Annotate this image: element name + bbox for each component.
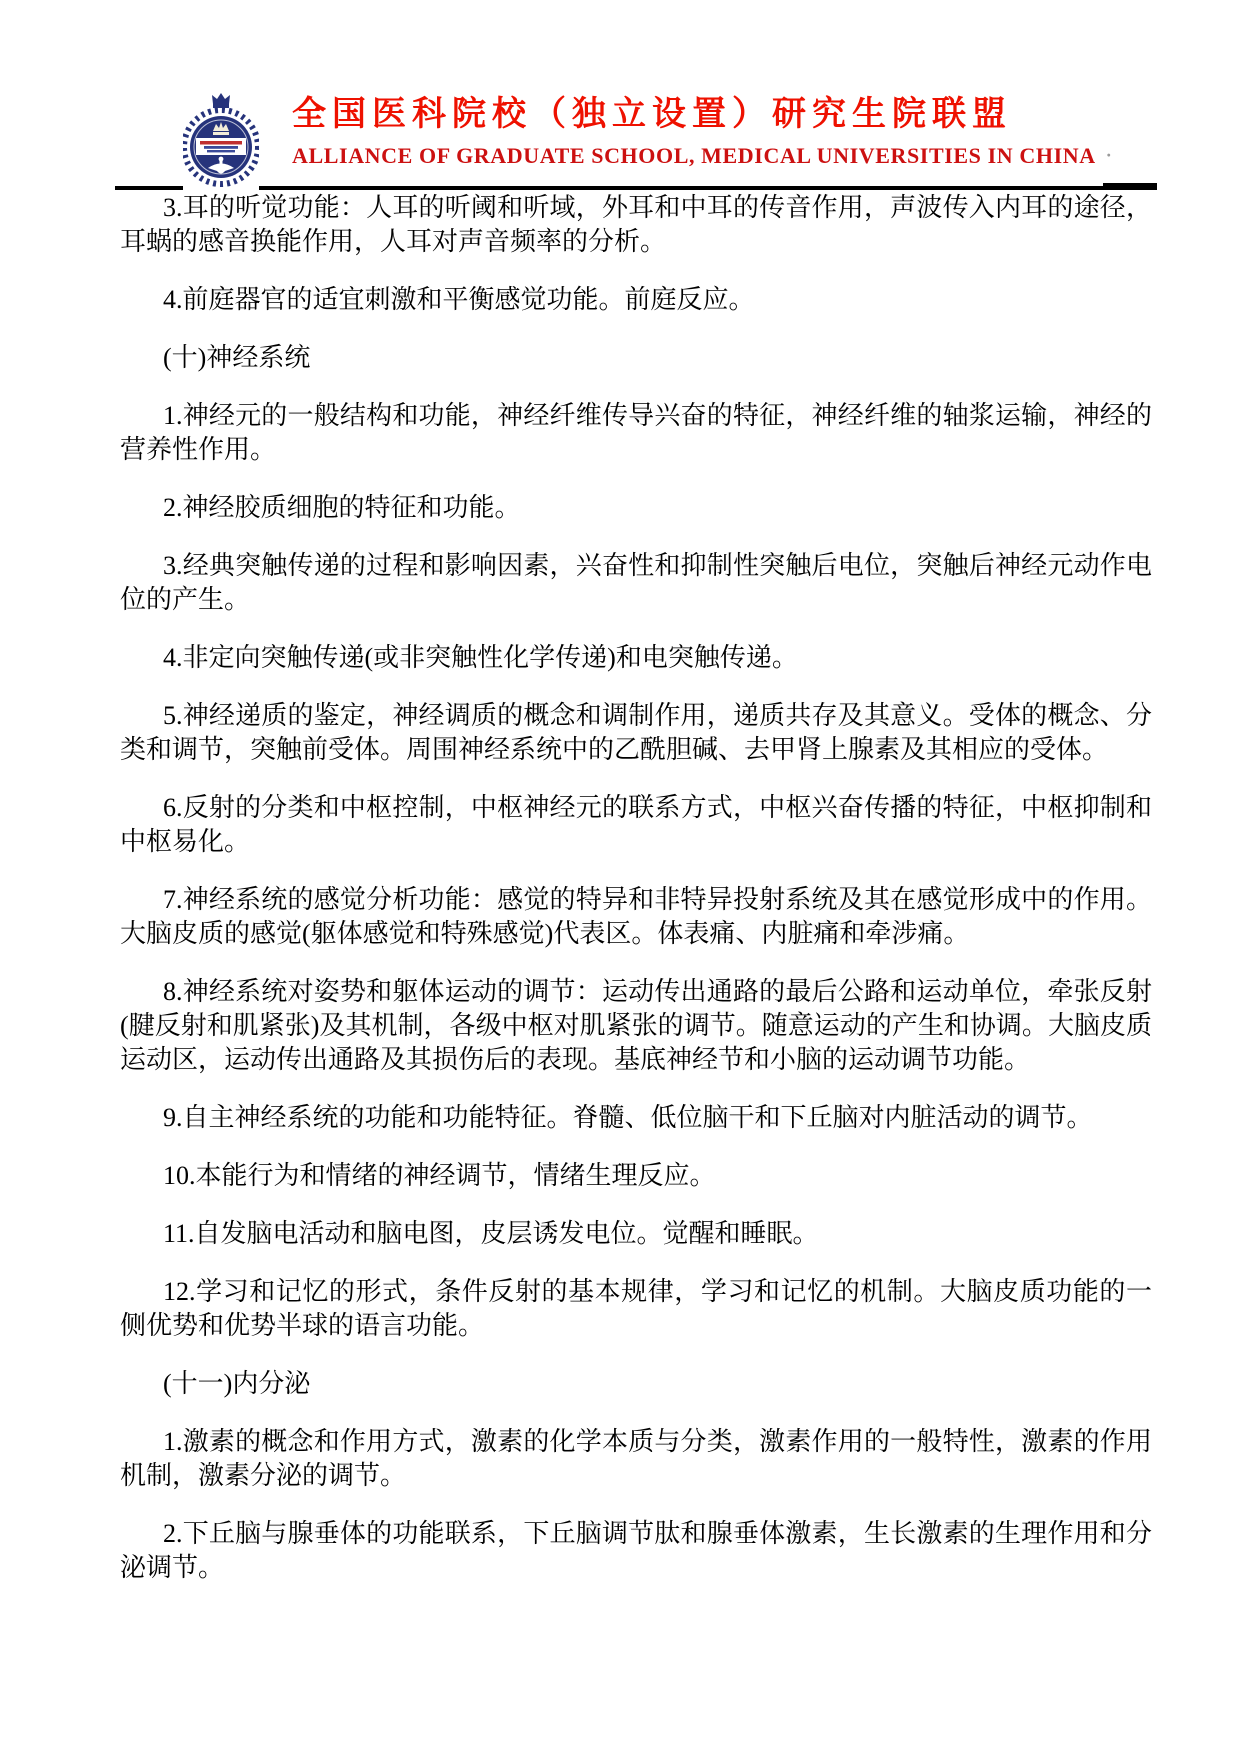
paragraph: 5.神经递质的鉴定，神经调质的概念和调制作用，递质共存及其意义。受体的概念、分类… <box>120 699 1152 767</box>
paragraph: 2.下丘脑与腺垂体的功能联系，下丘脑调节肽和腺垂体激素，生长激素的生理作用和分泌… <box>120 1517 1152 1585</box>
paragraph: 1.激素的概念和作用方式，激素的化学本质与分类，激素作用的一般特性，激素的作用机… <box>120 1425 1152 1493</box>
paragraph: 3.经典突触传递的过程和影响因素，兴奋性和抑制性突触后电位，突触后神经元动作电位… <box>120 549 1152 617</box>
alliance-emblem-logo <box>183 93 259 190</box>
paragraph: 2.神经胶质细胞的特征和功能。 <box>120 491 1152 525</box>
header-divider-end <box>1103 183 1157 190</box>
paragraph: 12.学习和记忆的形式，条件反射的基本规律，学习和记忆的机制。大脑皮质功能的一侧… <box>120 1275 1152 1343</box>
header-title-dot: · <box>1106 145 1113 165</box>
paragraph: 11.自发脑电活动和脑电图，皮层诱发电位。觉醒和睡眠。 <box>120 1217 1152 1251</box>
header-title-english: ALLIANCE OF GRADUATE SCHOOL, MEDICAL UNI… <box>292 143 1122 168</box>
paragraph: 1.神经元的一般结构和功能，神经纤维传导兴奋的特征，神经纤维的轴浆运输，神经的营… <box>120 399 1152 467</box>
paragraph: 9.自主神经系统的功能和功能特征。脊髓、低位脑干和下丘脑对内脏活动的调节。 <box>120 1101 1152 1135</box>
paragraph: 4.非定向突触传递(或非突触性化学传递)和电突触传递。 <box>120 641 1152 675</box>
emblem-icon <box>183 93 259 189</box>
paragraph: 6.反射的分类和中枢控制，中枢神经元的联系方式，中枢兴奋传播的特征，中枢抑制和中… <box>120 791 1152 859</box>
section-heading: (十)神经系统 <box>120 341 1152 375</box>
paragraph: 3.耳的听觉功能：人耳的听阈和听域，外耳和中耳的传音作用，声波传入内耳的途径，耳… <box>120 191 1152 259</box>
header-title-chinese: 全国医科院校（独立设置）研究生院联盟 <box>292 96 1122 132</box>
document-body: 3.耳的听觉功能：人耳的听阈和听域，外耳和中耳的传音作用，声波传入内耳的途径，耳… <box>120 191 1152 1609</box>
paragraph: 4.前庭器官的适宜刺激和平衡感觉功能。前庭反应。 <box>120 283 1152 317</box>
paragraph: 7.神经系统的感觉分析功能：感觉的特异和非特异投射系统及其在感觉形成中的作用。大… <box>120 883 1152 951</box>
document-page: 全国医科院校（独立设置）研究生院联盟 ALLIANCE OF GRADUATE … <box>0 0 1240 1754</box>
section-heading: (十一)内分泌 <box>120 1367 1152 1401</box>
paragraph: 10.本能行为和情绪的神经调节，情绪生理反应。 <box>120 1159 1152 1193</box>
paragraph: 8.神经系统对姿势和躯体运动的调节：运动传出通路的最后公路和运动单位，牵张反射(… <box>120 975 1152 1077</box>
header-divider <box>115 186 1157 190</box>
header-title-english-text: ALLIANCE OF GRADUATE SCHOOL, MEDICAL UNI… <box>292 143 1096 168</box>
page-header: 全国医科院校（独立设置）研究生院联盟 ALLIANCE OF GRADUATE … <box>292 96 1122 168</box>
